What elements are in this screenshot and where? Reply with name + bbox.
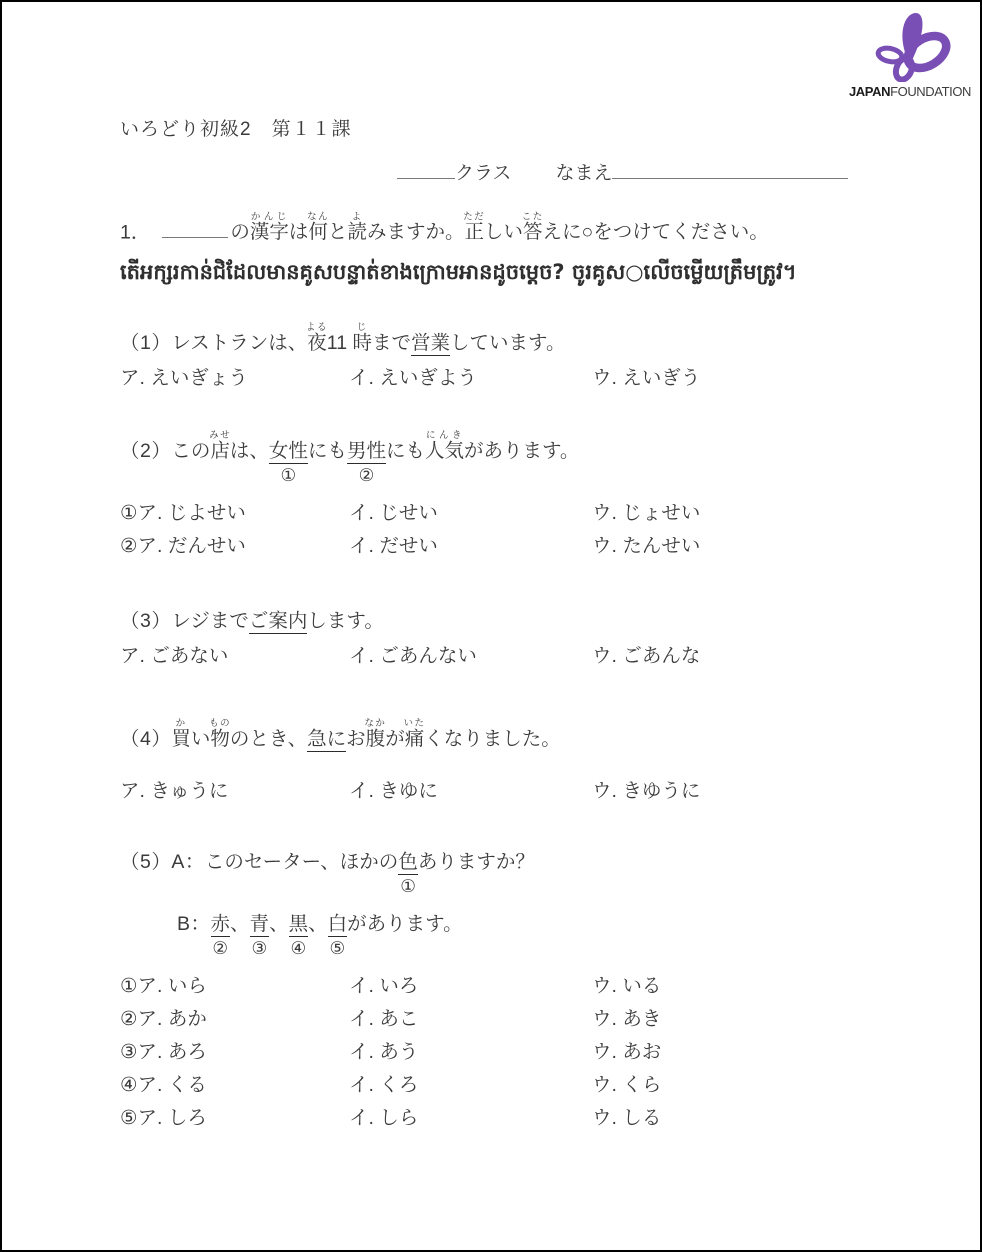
text-segment: レジまで	[171, 610, 249, 632]
question-sentence: （4）買かい物もののとき、急にお腹なかが痛いたくなりました。	[120, 718, 880, 754]
text-segment: ありますか？	[418, 851, 535, 873]
question-label: （2）	[120, 440, 171, 462]
answer-option: ②ア. あか	[120, 1004, 207, 1034]
text-segment: します。	[307, 610, 383, 632]
answer-option: イ. だせい	[349, 531, 438, 561]
answer-option: ウ. あき	[592, 1004, 661, 1034]
instruction-segments: の漢字かんじは何なんと読よみますか。正ただしい答こたえに○をつけてください。	[150, 221, 768, 243]
question-sentence: （3）レジまでご案内します。	[120, 606, 880, 636]
underlined-term: 青③	[250, 913, 270, 937]
class-name-line: クラスなまえ	[397, 158, 880, 185]
logo-brand-light: FOUNDATION	[890, 84, 971, 99]
underlined-term: 白⑤	[328, 913, 348, 937]
question-block: （2）この店みせは、女性①にも男性②にも人気にんきがあります。①ア. じよせいイ…	[120, 430, 880, 564]
answer-option: ③ア. あろ	[120, 1037, 207, 1067]
text-segment: 、	[269, 913, 289, 935]
text-segment: 夜よる	[307, 332, 327, 354]
text-segment: しています。	[450, 332, 565, 354]
butterfly-logo-icon	[867, 8, 953, 82]
instruction-khmer: តើអក្សរកាន់ជិដែលមានគូសបន្ទាត់ខាងក្រោមអាន…	[120, 259, 880, 290]
text-segment: お	[346, 728, 366, 750]
option-row: ②ア. あかイ. あこウ. あき	[120, 1004, 880, 1037]
questions: （1）レストランは、夜よる11 時じまで営業しています。ア. えいぎょうイ. え…	[120, 322, 880, 1136]
underlined-term: 黒④	[289, 913, 309, 937]
answer-option: ウ. しる	[592, 1103, 661, 1133]
circled-number-marker: ⑤	[330, 940, 346, 958]
answer-options: ①ア. じよせいイ. じせいウ. じょせい②ア. だんせいイ. だせいウ. たん…	[120, 498, 880, 564]
question-block: （3）レジまでご案内します。ア. ごあないイ. ごあんないウ. ごあんな	[120, 606, 880, 674]
name-label: なまえ	[555, 163, 612, 184]
answer-option: ウ. きゆうに	[592, 776, 700, 806]
text-segment: は	[289, 221, 309, 243]
underlined-term: 色①	[398, 851, 418, 875]
circled-number-marker: ①	[281, 467, 297, 485]
answer-option: ウ. いる	[592, 971, 661, 1001]
question-sentence: B：赤②、青③、黒④、白⑤があります。	[177, 909, 880, 939]
text-segment: レストランは、	[171, 332, 307, 354]
question-label: （5）A：	[120, 851, 205, 873]
answer-option: ウ. ごあんな	[592, 641, 700, 671]
text-segment: 何なん	[308, 221, 328, 243]
text-segment: 答こた	[523, 221, 543, 243]
question-label: （3）	[120, 610, 171, 632]
question-block: （5）A：このセーター、ほかの色①ありますか？B：赤②、青③、黒④、白⑤がありま…	[120, 847, 880, 1136]
text-segment: と	[328, 221, 348, 243]
option-row: ⑤ア. しろイ. しらウ. しる	[120, 1103, 880, 1136]
instruction-number: 1．	[120, 221, 150, 243]
underlined-term: 男性②	[347, 440, 386, 464]
answer-options: ア. ごあないイ. ごあんないウ. ごあんな	[120, 641, 880, 674]
logo-text: JAPANFOUNDATION	[848, 84, 972, 99]
option-row: ア. ごあないイ. ごあんないウ. ごあんな	[120, 641, 880, 674]
question-block: （1）レストランは、夜よる11 時じまで営業しています。ア. えいぎょうイ. え…	[120, 322, 880, 396]
text-segment: 時じ	[352, 332, 372, 354]
option-row: ②ア. だんせいイ. だせいウ. たんせい	[120, 531, 880, 564]
text-segment: 正ただ	[464, 221, 484, 243]
answer-option: ウ. えいぎう	[592, 363, 700, 393]
answer-option: ア. きゅうに	[120, 776, 228, 806]
text-segment: は、	[230, 440, 269, 462]
answer-option: ⑤ア. しろ	[120, 1103, 207, 1133]
text-segment: 11	[327, 332, 353, 354]
question-sentence: （5）A：このセーター、ほかの色①ありますか？	[120, 847, 880, 877]
underlined-term: ご案内	[249, 610, 308, 634]
answer-option: イ. ごあんない	[349, 641, 477, 671]
underlined-term: 女性①	[269, 440, 308, 464]
question-sentence: （1）レストランは、夜よる11 時じまで営業しています。	[120, 322, 880, 358]
answer-option: ウ. くら	[592, 1070, 661, 1100]
logo-brand-bold: JAPAN	[849, 84, 890, 99]
text-segment: まで	[372, 332, 411, 354]
text-segment: 、	[308, 913, 328, 935]
underlined-term: 急に	[307, 728, 346, 752]
answer-option: イ. あう	[349, 1037, 418, 1067]
text-segment: い	[191, 728, 211, 750]
question-label: （4）	[120, 728, 171, 750]
answer-option: イ. あこ	[349, 1004, 418, 1034]
answer-option: イ. きゆに	[349, 776, 438, 806]
answer-option: ④ア. くる	[120, 1070, 207, 1100]
instruction-line: 1．の漢字かんじは何なんと読よみますか。正ただしい答こたえに○をつけてください。	[120, 211, 880, 247]
worksheet-page: JAPANFOUNDATION いろどり初級2 第１１課 クラスなまえ 1．の漢…	[0, 0, 982, 1252]
circled-number-marker: ②	[359, 467, 375, 485]
answer-options: ア. きゅうにイ. きゆにウ. きゆうに	[120, 776, 880, 809]
text-segment: 人気にんき	[425, 440, 464, 462]
text-segment: 物もの	[210, 728, 230, 750]
question-label: B：	[177, 913, 211, 935]
text-segment: この	[171, 440, 210, 462]
text-segment: が	[385, 728, 405, 750]
option-row: ③ア. あろイ. あうウ. あお	[120, 1037, 880, 1070]
text-segment: があります。	[464, 440, 579, 462]
circled-number-marker: ①	[400, 878, 416, 896]
class-label: クラス	[455, 163, 511, 184]
answer-option: イ. いろ	[349, 971, 418, 1001]
text-segment: にも	[386, 440, 425, 462]
text-segment: があります。	[347, 913, 462, 935]
option-row: ④ア. くるイ. くろウ. くら	[120, 1070, 880, 1103]
fill-in-blank	[162, 217, 228, 238]
class-blank-line	[397, 158, 455, 179]
text-segment: みますか。	[367, 221, 465, 243]
option-row: ア. きゅうにイ. きゆにウ. きゆうに	[120, 776, 880, 809]
answer-options: ①ア. いらイ. いろウ. いる②ア. あかイ. あこウ. あき③ア. あろイ.…	[120, 971, 880, 1136]
text-segment: の	[230, 221, 250, 243]
page-title: いろどり初級2 第１１課	[120, 114, 880, 141]
text-segment: しい	[484, 221, 523, 243]
option-row: ①ア. いらイ. いろウ. いる	[120, 971, 880, 1004]
answer-option: イ. しら	[349, 1103, 418, 1133]
circled-number-marker: ④	[290, 940, 306, 958]
circled-number-marker: ②	[212, 940, 228, 958]
text-segment: 店みせ	[210, 440, 230, 462]
answer-option: イ. じせい	[349, 498, 438, 528]
answer-options: ア. えいぎょうイ. えいぎようウ. えいぎう	[120, 363, 880, 396]
option-row: ア. えいぎょうイ. えいぎようウ. えいぎう	[120, 363, 880, 396]
text-segment: このセーター、ほかの	[205, 851, 398, 873]
underlined-term: 赤②	[211, 913, 231, 937]
question-sentence: （2）この店みせは、女性①にも男性②にも人気にんきがあります。	[120, 430, 880, 466]
answer-option: ①ア. いら	[120, 971, 207, 1001]
text-segment: 漢字かんじ	[250, 221, 289, 243]
text-segment: 買か	[171, 728, 191, 750]
answer-option: ウ. あお	[592, 1037, 661, 1067]
text-segment: えに○をつけてください。	[543, 221, 769, 243]
answer-option: ①ア. じよせい	[120, 498, 246, 528]
japan-foundation-logo: JAPANFOUNDATION	[848, 8, 972, 99]
text-segment: 痛いた	[405, 728, 425, 750]
option-row: ①ア. じよせいイ. じせいウ. じょせい	[120, 498, 880, 531]
text-segment: 、	[230, 913, 250, 935]
text-segment: にも	[308, 440, 347, 462]
text-segment: 読よ	[347, 221, 367, 243]
name-blank-line	[612, 158, 848, 179]
text-segment: 腹なか	[366, 728, 386, 750]
answer-option: イ. えいぎよう	[349, 363, 477, 393]
answer-option: ア. ごあない	[120, 641, 228, 671]
text-segment: のとき、	[230, 728, 307, 750]
answer-option: ウ. たんせい	[592, 531, 700, 561]
question-label: （1）	[120, 332, 171, 354]
question-block: （4）買かい物もののとき、急にお腹なかが痛いたくなりました。ア. きゅうにイ. …	[120, 718, 880, 809]
text-segment: くなりました。	[424, 728, 561, 750]
answer-option: イ. くろ	[349, 1070, 418, 1100]
answer-option: ア. えいぎょう	[120, 363, 248, 393]
answer-option: ウ. じょせい	[592, 498, 700, 528]
circled-number-marker: ③	[251, 940, 267, 958]
underlined-term: 営業	[411, 332, 450, 356]
answer-option: ②ア. だんせい	[120, 531, 246, 561]
